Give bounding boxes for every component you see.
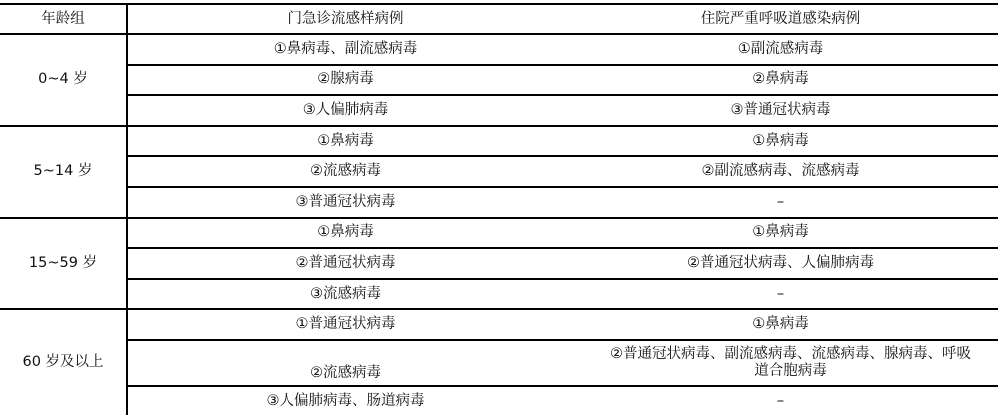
age-group-cell: 60 岁及以上 bbox=[0, 309, 127, 415]
inpatient-cell: ②副流感病毒、流感病毒 bbox=[563, 156, 998, 187]
table-row: ③普通冠状病毒 – bbox=[0, 187, 998, 218]
table-row: ②流感病毒 ②副流感病毒、流感病毒 bbox=[0, 156, 998, 187]
inpatient-cell: ①副流感病毒 bbox=[563, 34, 998, 65]
outpatient-cell: ②流感病毒 bbox=[127, 340, 563, 386]
inpatient-cell: ①鼻病毒 bbox=[563, 126, 998, 157]
header-row: 年龄组 门急诊流感样病例 住院严重呼吸道感染病例 bbox=[0, 4, 998, 34]
outpatient-cell: ②普通冠状病毒 bbox=[127, 248, 563, 279]
outpatient-cell: ①鼻病毒 bbox=[127, 218, 563, 249]
table-row: ③人偏肺病毒 ③普通冠状病毒 bbox=[0, 95, 998, 126]
outpatient-cell: ①普通冠状病毒 bbox=[127, 309, 563, 340]
outpatient-cell: ③人偏肺病毒、肠道病毒 bbox=[127, 386, 563, 415]
table-row: 60 岁及以上 ①普通冠状病毒 ①鼻病毒 bbox=[0, 309, 998, 340]
inpatient-cell: – bbox=[563, 279, 998, 310]
table-row: ②流感病毒 ②普通冠状病毒、副流感病毒、流感病毒、腺病毒、呼吸道合胞病毒 bbox=[0, 340, 998, 386]
header-age-group: 年龄组 bbox=[0, 4, 127, 34]
inpatient-cell: ②鼻病毒 bbox=[563, 65, 998, 96]
outpatient-cell: ③普通冠状病毒 bbox=[127, 187, 563, 218]
header-outpatient: 门急诊流感样病例 bbox=[127, 4, 563, 34]
outpatient-cell: ③人偏肺病毒 bbox=[127, 95, 563, 126]
outpatient-cell: ①鼻病毒 bbox=[127, 126, 563, 157]
inpatient-cell: ①鼻病毒 bbox=[563, 309, 998, 340]
outpatient-cell: ①鼻病毒、副流感病毒 bbox=[127, 34, 563, 65]
table-row: 15~59 岁 ①鼻病毒 ①鼻病毒 bbox=[0, 218, 998, 249]
age-group-cell: 0~4 岁 bbox=[0, 34, 127, 126]
inpatient-cell: – bbox=[563, 386, 998, 415]
table-row: 0~4 岁 ①鼻病毒、副流感病毒 ①副流感病毒 bbox=[0, 34, 998, 65]
outpatient-cell: ③流感病毒 bbox=[127, 279, 563, 310]
inpatient-cell: – bbox=[563, 187, 998, 218]
table-row: ③人偏肺病毒、肠道病毒 – bbox=[0, 386, 998, 415]
table-row: ②普通冠状病毒 ②普通冠状病毒、人偏肺病毒 bbox=[0, 248, 998, 279]
header-inpatient: 住院严重呼吸道感染病例 bbox=[563, 4, 998, 34]
inpatient-cell: ①鼻病毒 bbox=[563, 218, 998, 249]
inpatient-cell: ②普通冠状病毒、副流感病毒、流感病毒、腺病毒、呼吸道合胞病毒 bbox=[563, 340, 998, 386]
virus-ranking-table: 年龄组 门急诊流感样病例 住院严重呼吸道感染病例 0~4 岁 ①鼻病毒、副流感病… bbox=[0, 3, 998, 415]
outpatient-cell: ②流感病毒 bbox=[127, 156, 563, 187]
inpatient-cell: ②普通冠状病毒、人偏肺病毒 bbox=[563, 248, 998, 279]
age-group-cell: 5~14 岁 bbox=[0, 126, 127, 218]
table-row: ③流感病毒 – bbox=[0, 279, 998, 310]
age-group-cell: 15~59 岁 bbox=[0, 218, 127, 310]
outpatient-cell: ②腺病毒 bbox=[127, 65, 563, 96]
inpatient-cell: ③普通冠状病毒 bbox=[563, 95, 998, 126]
table-row: 5~14 岁 ①鼻病毒 ①鼻病毒 bbox=[0, 126, 998, 157]
table-row: ②腺病毒 ②鼻病毒 bbox=[0, 65, 998, 96]
